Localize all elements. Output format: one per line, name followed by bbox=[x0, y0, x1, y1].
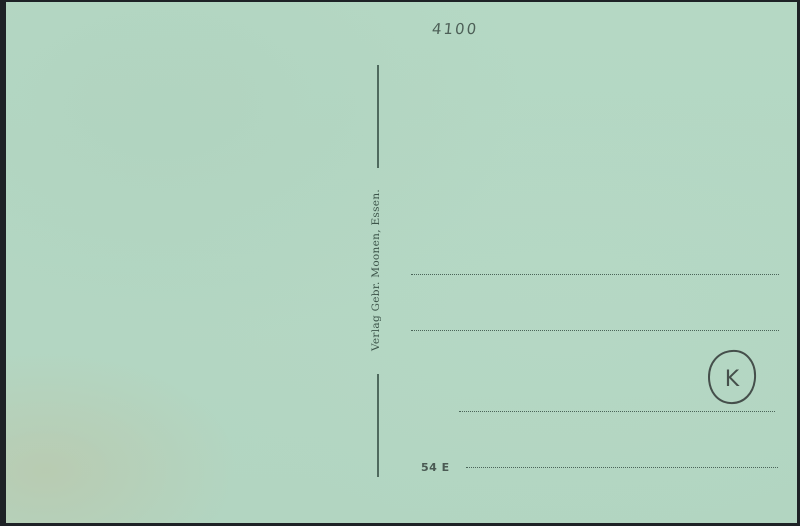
address-line bbox=[411, 330, 779, 331]
mark-letter: K bbox=[725, 367, 740, 392]
center-divider-top bbox=[377, 65, 379, 168]
circle-icon: K bbox=[706, 348, 758, 406]
center-divider-bottom bbox=[377, 374, 379, 477]
handwritten-number: 4100 bbox=[431, 20, 479, 38]
postcard-back: 4100 Verlag Gebr. Moonen, Essen. K 54 E bbox=[6, 2, 797, 523]
address-line bbox=[459, 411, 775, 412]
circled-k-mark: K bbox=[706, 348, 758, 406]
publisher-imprint: Verlag Gebr. Moonen, Essen. bbox=[370, 189, 382, 351]
address-line bbox=[411, 274, 779, 275]
card-code: 54 E bbox=[421, 461, 450, 474]
postcard-scan: 4100 Verlag Gebr. Moonen, Essen. K 54 E bbox=[0, 0, 800, 526]
address-line bbox=[466, 467, 778, 468]
